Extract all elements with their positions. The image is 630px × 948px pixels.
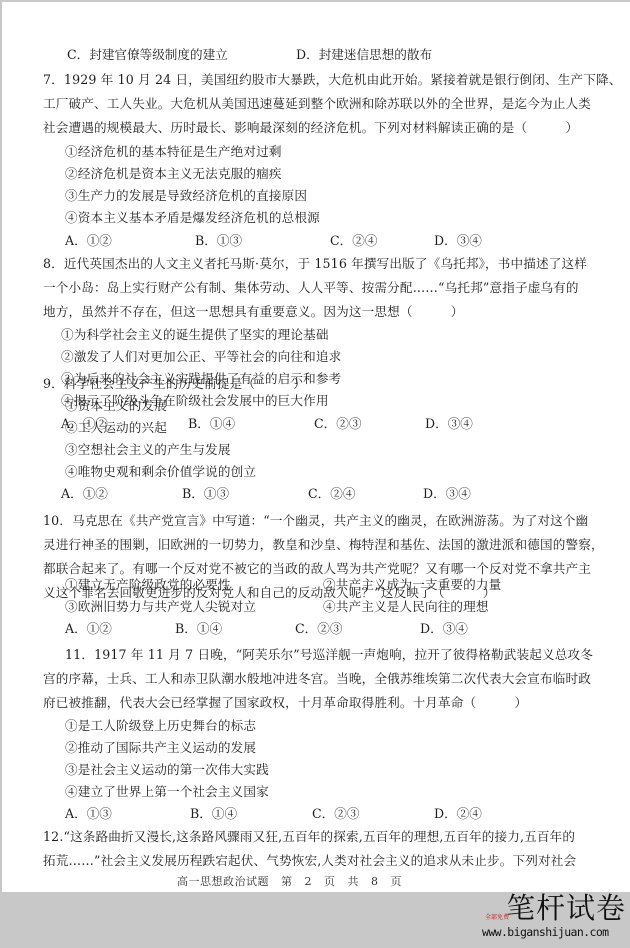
q8-stem-line-1: 8．近代英国杰出的人文主义者托马斯·莫尔，于 1516 年撰写出版了《乌托邦》，… bbox=[43, 256, 587, 272]
q9-statement-2: ②工人运动的兴起 bbox=[65, 420, 167, 436]
exam-page: C．封建官僚等级制度的建立 D．封建迷信思想的散布 7．1929 年 10 月 … bbox=[2, 2, 630, 892]
q8-choice-b: B．①④ bbox=[188, 416, 235, 432]
q9-choice-d: D．③④ bbox=[423, 486, 471, 502]
q12-stem-line-2: 拓荒……”社会主义发展历程跌宕起伏、气势恢宏,人类对社会主义的追求从未止步。下列… bbox=[43, 853, 576, 869]
q9-choice-a: A．①② bbox=[61, 486, 108, 502]
q6-option-c: C．封建官僚等级制度的建立 bbox=[67, 47, 228, 63]
footer-total-prefix: 共 bbox=[348, 875, 360, 888]
q11-statement-4: ④建立了世界上第一个社会主义国家 bbox=[65, 784, 269, 800]
q11-choice-c: C．②③ bbox=[312, 806, 359, 822]
q7-statement-4: ④资本主义基本矛盾是爆发经济危机的总根源 bbox=[65, 210, 320, 226]
q10-choice-c: C．②③ bbox=[295, 621, 342, 637]
q10-statement-1: ①建立无产阶级政党的必要性 bbox=[65, 577, 231, 593]
q11-statement-3: ③是社会主义运动的第一次伟大实践 bbox=[65, 762, 269, 778]
q7-choice-b: B．①③ bbox=[195, 233, 242, 249]
q11-choice-a: A．①③ bbox=[65, 806, 112, 822]
q8-statement-1: ①为科学社会主义的诞生提供了坚实的理论基础 bbox=[61, 327, 329, 343]
q10-stem-line-2: 灵进行神圣的围剿，旧欧洲的一切势力，教皇和沙皇、梅特涅和基佐、法国的激进派和德国… bbox=[43, 537, 604, 553]
q11-stem-line-1: 11．1917 年 11 月 7 日晚，“阿芙乐尔”号巡洋舰一声炮响，拉开了彼得… bbox=[65, 647, 593, 663]
q11-stem-line-2: 宫的序幕，士兵、工人和赤卫队潮水般地冲进冬宫。当晚，全俄苏维埃第二次代表大会宣布… bbox=[43, 671, 591, 687]
q10-choice-b: B．①④ bbox=[175, 621, 222, 637]
q10-choice-a: A．①② bbox=[65, 621, 112, 637]
q8-stem-line-2: 一个小岛：岛上实行财产公有制、集体劳动、人人平等、按需分配……“乌托邦”意指子虚… bbox=[43, 280, 579, 296]
footer-page-prefix: 第 bbox=[281, 875, 293, 888]
q10-choice-d: D．③④ bbox=[420, 621, 468, 637]
footer-total-pages: 8 bbox=[371, 875, 379, 888]
q7-statement-1: ①经济危机的基本特征是生产绝对过剩 bbox=[65, 144, 282, 160]
q11-statement-2: ②推动了国际共产主义运动的发展 bbox=[65, 740, 256, 756]
footer-page-number: 2 bbox=[305, 875, 313, 888]
q7-choice-d: D．③④ bbox=[434, 233, 482, 249]
q7-choice-a: A．①② bbox=[65, 233, 112, 249]
q11-choice-d: D．②④ bbox=[434, 806, 482, 822]
q7-choice-c: C．②④ bbox=[330, 233, 377, 249]
q8-stem-line-3: 地方，虽然并不存在，但这一思想具有重要意义。因为这一思想（ ） bbox=[43, 304, 464, 320]
q9-choice-c: C．②④ bbox=[308, 486, 355, 502]
q9-statement-4: ④唯物史观和剩余价值学说的创立 bbox=[65, 464, 256, 480]
q9-statement-3: ③空想社会主义的产生与发展 bbox=[65, 442, 231, 458]
q11-stem-line-3: 府已被推翻，代表大会已经掌握了国家政权，十月革命取得胜利。十月革命（ ） bbox=[43, 695, 527, 711]
q7-stem-line-1: 7．1929 年 10 月 24 日，美国纽约股市大暴跌，大危机由此开始。紧接着… bbox=[43, 72, 622, 88]
footer-subject: 高一思想政治试题 bbox=[177, 875, 269, 888]
q8-statement-2: ②激发了人们对更加公正、平等社会的向往和追求 bbox=[61, 349, 341, 365]
q7-stem-line-2: 工厂破产、工人失业。大危机从美国迅速蔓延到整个欧洲和除苏联以外的全世界，是迄今为… bbox=[43, 96, 591, 112]
watermark-title: 笔杆试卷 bbox=[506, 892, 626, 896]
q10-statement-4: ④共产主义是人民向往的理想 bbox=[323, 599, 489, 615]
q7-statement-3: ③生产力的发展是导致经济危机的直接原因 bbox=[65, 188, 307, 204]
q9-stem: 9．科学社会主义产生的历史前提是（ ） bbox=[43, 376, 306, 392]
q10-statement-2: ②共产主义成为一支重要的力量 bbox=[323, 577, 501, 593]
q10-statement-3: ③欧洲旧势力与共产党人尖锐对立 bbox=[65, 599, 256, 615]
q10-stem-line-3: 都联合起来了。有哪一个反对党不被它的当政的敌人骂为共产党呢？又有哪一个反对党不拿… bbox=[43, 561, 591, 577]
q11-statement-1: ①是工人阶级登上历史舞台的标志 bbox=[65, 718, 256, 734]
footer-page-unit: 页 bbox=[324, 875, 336, 888]
q7-statement-2: ②经济危机是资本主义无法克服的痼疾 bbox=[65, 166, 282, 182]
q9-statement-1: ①资本主义的发展 bbox=[65, 398, 167, 414]
q8-choice-d: D．③④ bbox=[425, 416, 473, 432]
q7-stem-line-3: 社会遭遇的规模最大、历时最长、影响最深刻的经济危机。下列对材料解读正确的是（ ） bbox=[43, 120, 578, 136]
q12-stem-line-1: 12.“这条路曲折又漫长,这条路风骤雨又狂,五百年的探索,五百年的理想,五百年的… bbox=[43, 829, 575, 845]
q8-choice-c: C．②③ bbox=[314, 416, 361, 432]
q6-option-d: D．封建迷信思想的散布 bbox=[296, 47, 432, 63]
q9-choice-b: B．①③ bbox=[182, 486, 229, 502]
q11-choice-b: B．①④ bbox=[190, 806, 237, 822]
q10-stem-line-1: 10．马克思在《共产党宣言》中写道：“一个幽灵，共产主义的幽灵，在欧洲游荡。为了… bbox=[43, 513, 588, 529]
footer-total-unit: 页 bbox=[391, 875, 403, 888]
page-footer: 高一思想政治试题 第 2 页 共 8 页 bbox=[177, 873, 410, 889]
watermark-logo: 笔杆试卷 全部免费 www.biganshijuan.com bbox=[482, 892, 630, 896]
